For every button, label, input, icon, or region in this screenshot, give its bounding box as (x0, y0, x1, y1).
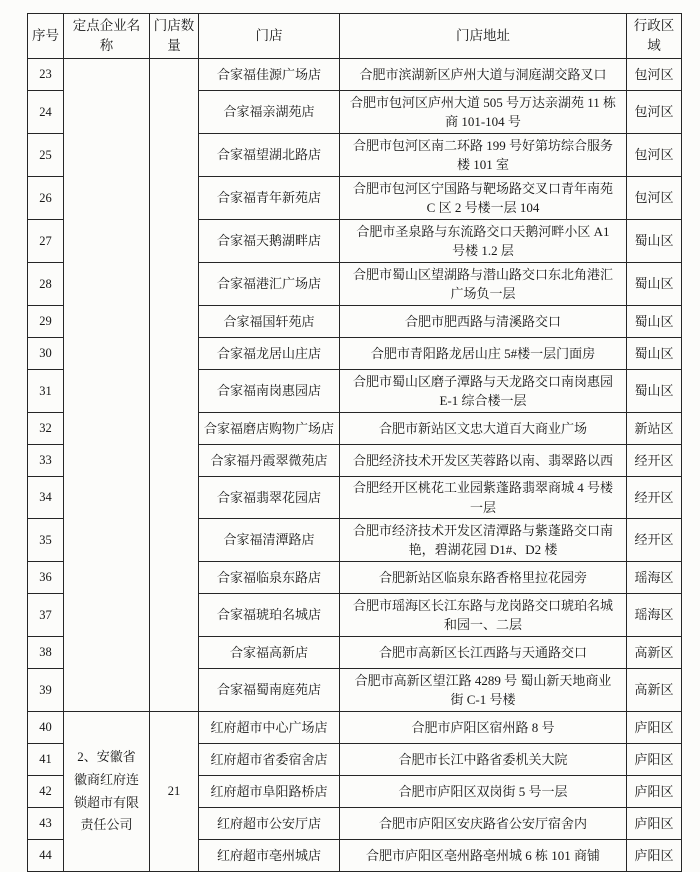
row-number-cell: 30 (28, 338, 64, 370)
row-number-cell: 27 (28, 220, 64, 263)
row-number-cell: 41 (28, 744, 64, 776)
district-cell: 庐阳区 (627, 712, 682, 744)
store-name-cell: 合家福翡翠花园店 (199, 477, 340, 519)
store-name-cell: 合家福蜀南庭苑店 (199, 669, 340, 712)
district-cell: 蜀山区 (627, 263, 682, 306)
store-count-cell (150, 59, 199, 712)
store-name-cell: 合家福磨店购物广场店 (199, 413, 340, 445)
row-number-cell: 40 (28, 712, 64, 744)
district-cell: 高新区 (627, 669, 682, 712)
store-address-cell: 合肥市包河区南二环路 199 号好第坊综合服务楼 101 室 (340, 134, 627, 177)
district-cell: 庐阳区 (627, 808, 682, 840)
district-cell: 瑶海区 (627, 594, 682, 637)
row-number-cell: 43 (28, 808, 64, 840)
district-cell: 包河区 (627, 177, 682, 220)
store-address-cell: 合肥经开区桃花工业园紫蓬路翡翠商城 4 号楼一层 (340, 477, 627, 519)
store-address-cell: 合肥市圣泉路与东流路交口天鹅河畔小区 A1 号楼 1.2 层 (340, 220, 627, 263)
store-name-cell: 合家福国轩苑店 (199, 306, 340, 338)
row-number-cell: 42 (28, 776, 64, 808)
store-name-cell: 合家福南岗惠园店 (199, 370, 340, 413)
district-cell: 蜀山区 (627, 220, 682, 263)
table-header: 序号 定点企业名称 门店数量 门店 门店地址 行政区域 (28, 14, 682, 59)
store-address-cell: 合肥市蜀山区望湖路与潜山路交口东北角港汇广场负一层 (340, 263, 627, 306)
store-name-cell: 合家福亲湖苑店 (199, 91, 340, 134)
header-district: 行政区域 (627, 14, 682, 59)
store-name-cell: 合家福临泉东路店 (199, 562, 340, 594)
store-address-cell: 合肥市高新区望江路 4289 号 蜀山新天地商业街 C-1 号楼 (340, 669, 627, 712)
store-address-cell: 合肥新站区临泉东路香格里拉花园旁 (340, 562, 627, 594)
store-address-cell: 合肥市瑶海区长江东路与龙岗路交口琥珀名城和园一、二层 (340, 594, 627, 637)
district-cell: 包河区 (627, 59, 682, 91)
district-cell: 经开区 (627, 519, 682, 562)
district-cell: 包河区 (627, 91, 682, 134)
company-name-cell (64, 59, 150, 712)
store-count-cell: 21 (150, 712, 199, 872)
row-number-cell: 34 (28, 477, 64, 519)
row-number-cell: 37 (28, 594, 64, 637)
store-name-cell: 合家福清潭路店 (199, 519, 340, 562)
row-number-cell: 33 (28, 445, 64, 477)
row-number-cell: 23 (28, 59, 64, 91)
store-address-cell: 合肥市庐阳区双岗街 5 号一层 (340, 776, 627, 808)
table-row: 23 合家福佳源广场店 合肥市滨湖新区庐州大道与洞庭湖交路叉口 包河区 (28, 59, 682, 91)
store-address-cell: 合肥市肥西路与清溪路交口 (340, 306, 627, 338)
row-number-cell: 28 (28, 263, 64, 306)
district-cell: 新站区 (627, 413, 682, 445)
store-address-cell: 合肥市长江中路省委机关大院 (340, 744, 627, 776)
store-address-cell: 合肥市经济技术开发区清潭路与紫蓬路交口南艳，碧湖花园 D1#、D2 楼 (340, 519, 627, 562)
store-name-cell: 合家福天鹅湖畔店 (199, 220, 340, 263)
store-address-cell: 合肥市高新区长江西路与天通路交口 (340, 637, 627, 669)
header-row: 序号 定点企业名称 门店数量 门店 门店地址 行政区域 (28, 14, 682, 59)
district-cell: 蜀山区 (627, 370, 682, 413)
store-address-cell: 合肥市滨湖新区庐州大道与洞庭湖交路叉口 (340, 59, 627, 91)
district-cell: 经开区 (627, 445, 682, 477)
designated-stores-table: 序号 定点企业名称 门店数量 门店 门店地址 行政区域 23 合家福佳源广场店 … (27, 13, 682, 872)
row-number-cell: 31 (28, 370, 64, 413)
district-cell: 蜀山区 (627, 306, 682, 338)
store-name-cell: 合家福青年新苑店 (199, 177, 340, 220)
row-number-cell: 39 (28, 669, 64, 712)
store-name-cell: 合家福龙居山庄店 (199, 338, 340, 370)
row-number-cell: 32 (28, 413, 64, 445)
row-number-cell: 29 (28, 306, 64, 338)
district-cell: 庐阳区 (627, 776, 682, 808)
header-count: 门店数量 (150, 14, 199, 59)
row-number-cell: 35 (28, 519, 64, 562)
district-cell: 高新区 (627, 637, 682, 669)
store-address-cell: 合肥市包河区宁国路与靶场路交叉口青年南苑 C 区 2 号楼一层 104 (340, 177, 627, 220)
table-row: 40 2、安徽省徽商红府连锁超市有限责任公司 21 红府超市中心广场店 合肥市庐… (28, 712, 682, 744)
district-cell: 包河区 (627, 134, 682, 177)
row-number-cell: 26 (28, 177, 64, 220)
store-name-cell: 红府超市省委宿舍店 (199, 744, 340, 776)
district-cell: 蜀山区 (627, 338, 682, 370)
row-number-cell: 24 (28, 91, 64, 134)
row-number-cell: 36 (28, 562, 64, 594)
store-name-cell: 红府超市阜阳路桥店 (199, 776, 340, 808)
store-name-cell: 合家福丹霞翠微苑店 (199, 445, 340, 477)
scanned-document-page: 序号 定点企业名称 门店数量 门店 门店地址 行政区域 23 合家福佳源广场店 … (0, 0, 700, 867)
header-address: 门店地址 (340, 14, 627, 59)
store-name-cell: 合家福高新店 (199, 637, 340, 669)
store-address-cell: 合肥市新站区文忠大道百大商业广场 (340, 413, 627, 445)
row-number-cell: 25 (28, 134, 64, 177)
store-name-cell: 合家福佳源广场店 (199, 59, 340, 91)
table-body: 23 合家福佳源广场店 合肥市滨湖新区庐州大道与洞庭湖交路叉口 包河区 24 合… (28, 59, 682, 872)
store-address-cell: 合肥市庐阳区宿州路 8 号 (340, 712, 627, 744)
company-name-cell: 2、安徽省徽商红府连锁超市有限责任公司 (64, 712, 150, 872)
district-cell: 瑶海区 (627, 562, 682, 594)
header-serial: 序号 (28, 14, 64, 59)
row-number-cell: 38 (28, 637, 64, 669)
store-address-cell: 合肥经济技术开发区芙蓉路以南、翡翠路以西 (340, 445, 627, 477)
store-name-cell: 红府超市中心广场店 (199, 712, 340, 744)
store-name-cell: 合家福港汇广场店 (199, 263, 340, 306)
store-name-cell: 合家福望湖北路店 (199, 134, 340, 177)
store-name-cell: 红府超市公安厅店 (199, 808, 340, 840)
district-cell: 经开区 (627, 477, 682, 519)
header-company: 定点企业名称 (64, 14, 150, 59)
header-store: 门店 (199, 14, 340, 59)
district-cell: 庐阳区 (627, 744, 682, 776)
store-address-cell: 合肥市庐阳区安庆路省公安厅宿舍内 (340, 808, 627, 840)
store-address-cell: 合肥市蜀山区磨子潭路与天龙路交口南岗惠园 E-1 综合楼一层 (340, 370, 627, 413)
store-name-cell: 合家福琥珀名城店 (199, 594, 340, 637)
store-address-cell: 合肥市青阳路龙居山庄 5#楼一层门面房 (340, 338, 627, 370)
store-address-cell: 合肥市包河区庐州大道 505 号万达亲湖苑 11 栋商 101-104 号 (340, 91, 627, 134)
